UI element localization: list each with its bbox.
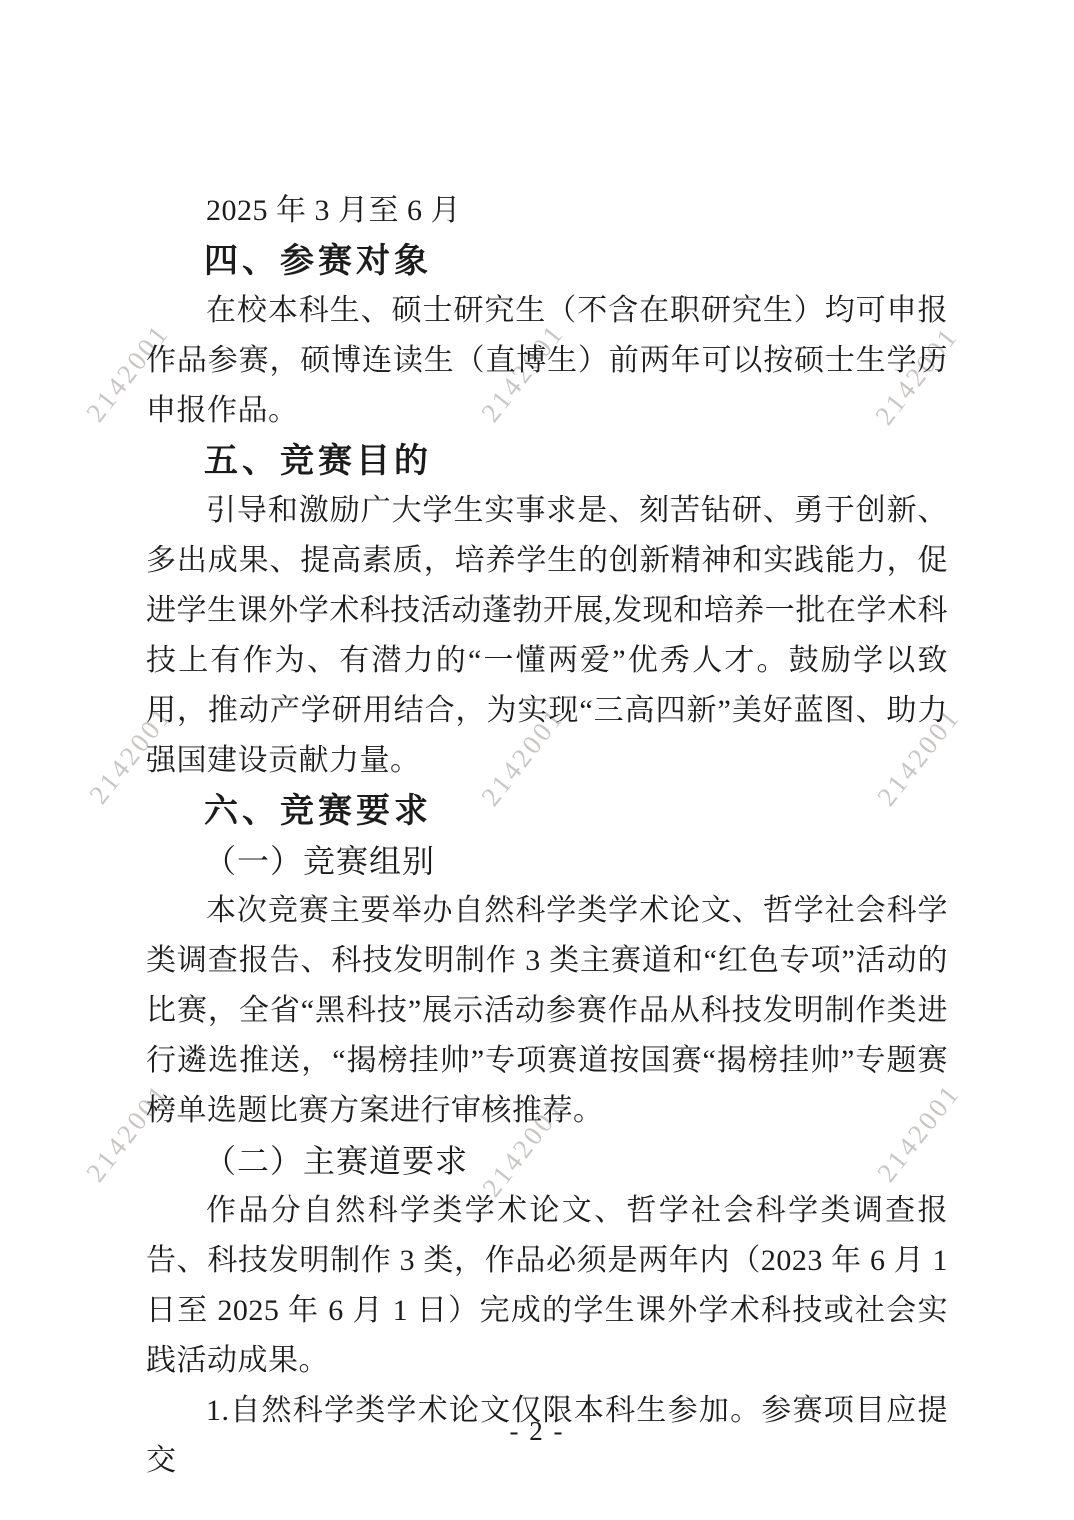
subheading-competition-groups: （一）竞赛组别 [146,836,948,886]
subheading-main-track: （二）主赛道要求 [146,1136,948,1186]
paragraph-participants: 在校本科生、硕士研究生（不含在职研究生）均可申报作品参赛，硕博连读生（直博生）前… [146,286,948,436]
heading-section-6-requirements: 六、竞赛要求 [146,786,948,836]
paragraph-main-track: 作品分自然科学类学术论文、哲学社会科学类调查报告、科技发明制作 3 类，作品必须… [146,1186,948,1386]
document-body: 2025 年 3 月至 6 月 四、参赛对象 在校本科生、硕士研究生（不含在职研… [146,186,948,1486]
heading-section-4-participants: 四、参赛对象 [146,236,948,286]
heading-section-5-purpose: 五、竞赛目的 [146,436,948,486]
page-number: - 2 - [0,1414,1074,1448]
paragraph-competition-groups: 本次竞赛主要举办自然科学类学术论文、哲学社会科学类调查报告、科技发明制作 3 类… [146,886,948,1136]
paragraph-date-range: 2025 年 3 月至 6 月 [146,186,948,236]
document-page: 2142001 2142001 2142001 2142001 2142001 … [0,0,1074,1520]
paragraph-purpose: 引导和激励广大学生实事求是、刻苦钻研、勇于创新、多出成果、提高素质，培养学生的创… [146,486,948,786]
